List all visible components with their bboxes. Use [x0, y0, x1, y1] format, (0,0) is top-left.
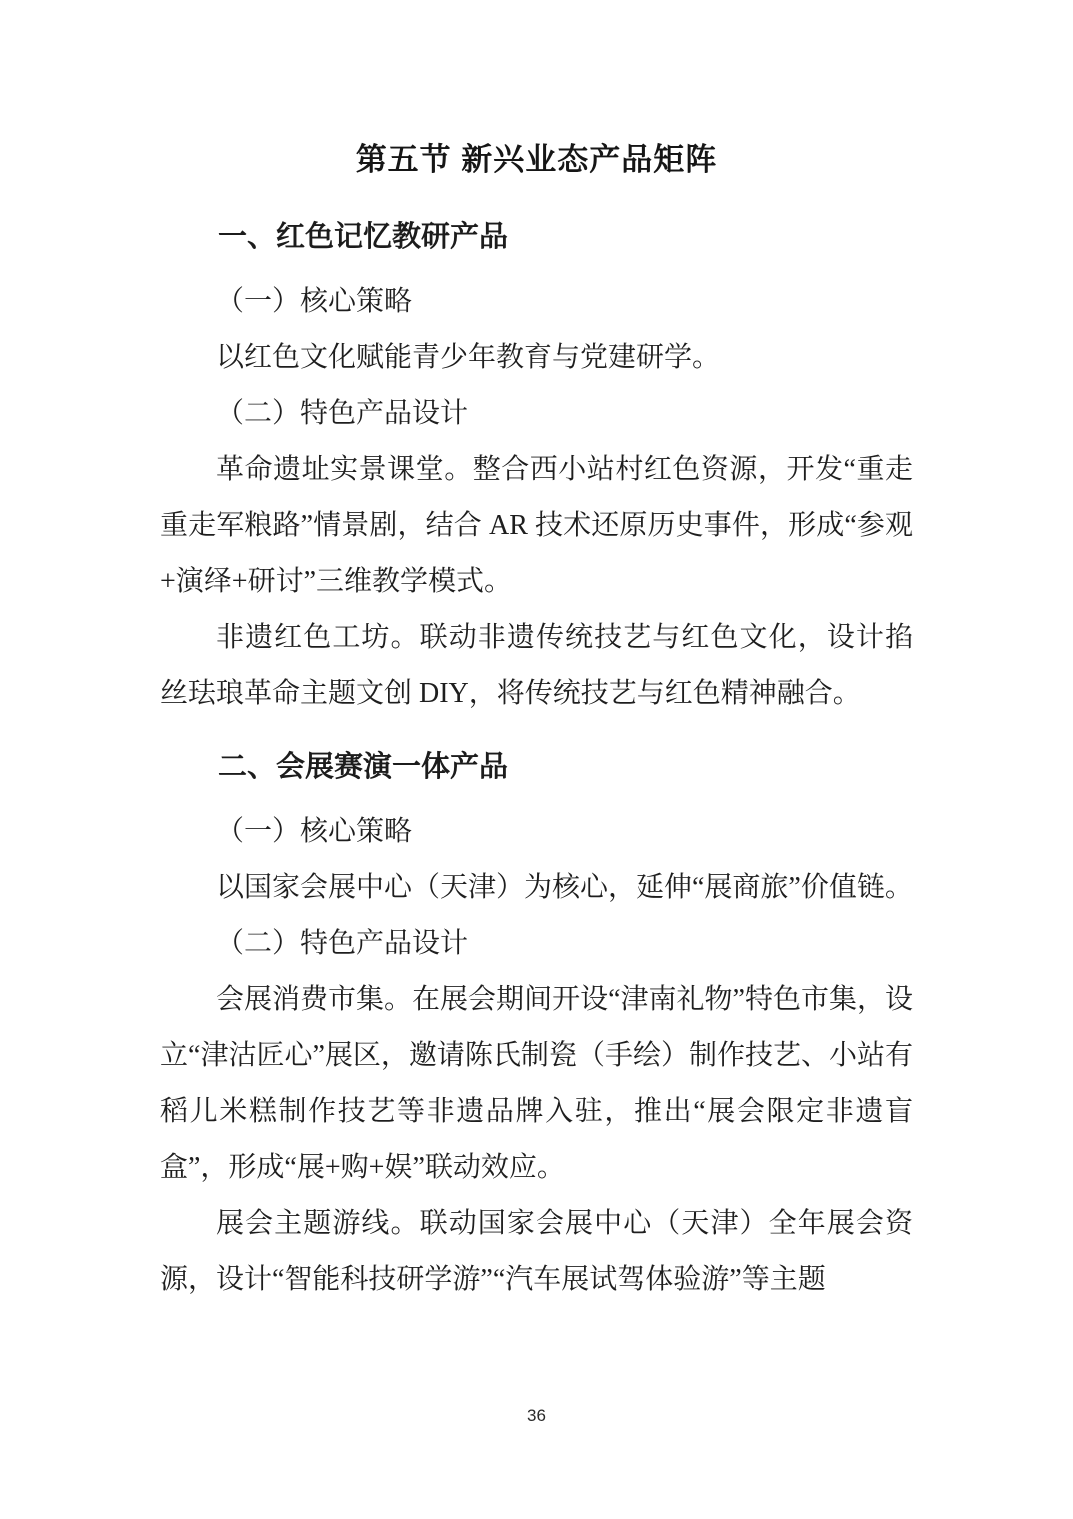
paragraph: 革命遗址实景课堂。整合西小站村红色资源，开发“重走重走军粮路”情景剧，结合 AR… [160, 442, 913, 610]
subsection-heading-2-1: （一）核心策略 [160, 804, 913, 860]
paragraph: 以国家会展中心（天津）为核心，延伸“展商旅”价值链。 [160, 860, 913, 916]
subsection-heading-1-2: （二）特色产品设计 [160, 386, 913, 442]
page-title: 第五节 新兴业态产品矩阵 [160, 128, 913, 192]
paragraph: 展会主题游线。联动国家会展中心（天津）全年展会资源，设计“智能科技研学游”“汽车… [160, 1196, 913, 1308]
section-heading-1: 一、红色记忆教研产品 [160, 208, 913, 266]
paragraph: 以红色文化赋能青少年教育与党建研学。 [160, 330, 913, 386]
subsection-heading-2-2: （二）特色产品设计 [160, 916, 913, 972]
subsection-heading-1-1: （一）核心策略 [160, 274, 913, 330]
page-number: 36 [0, 1404, 1073, 1428]
document-content: 第五节 新兴业态产品矩阵 一、红色记忆教研产品 （一）核心策略 以红色文化赋能青… [0, 0, 1073, 1308]
paragraph: 非遗红色工坊。联动非遗传统技艺与红色文化，设计掐丝珐琅革命主题文创 DIY，将传… [160, 610, 913, 722]
document-page: 第五节 新兴业态产品矩阵 一、红色记忆教研产品 （一）核心策略 以红色文化赋能青… [0, 0, 1073, 1519]
paragraph: 会展消费市集。在展会期间开设“津南礼物”特色市集，设立“津沽匠心”展区，邀请陈氏… [160, 972, 913, 1196]
section-heading-2: 二、会展赛演一体产品 [160, 738, 913, 796]
